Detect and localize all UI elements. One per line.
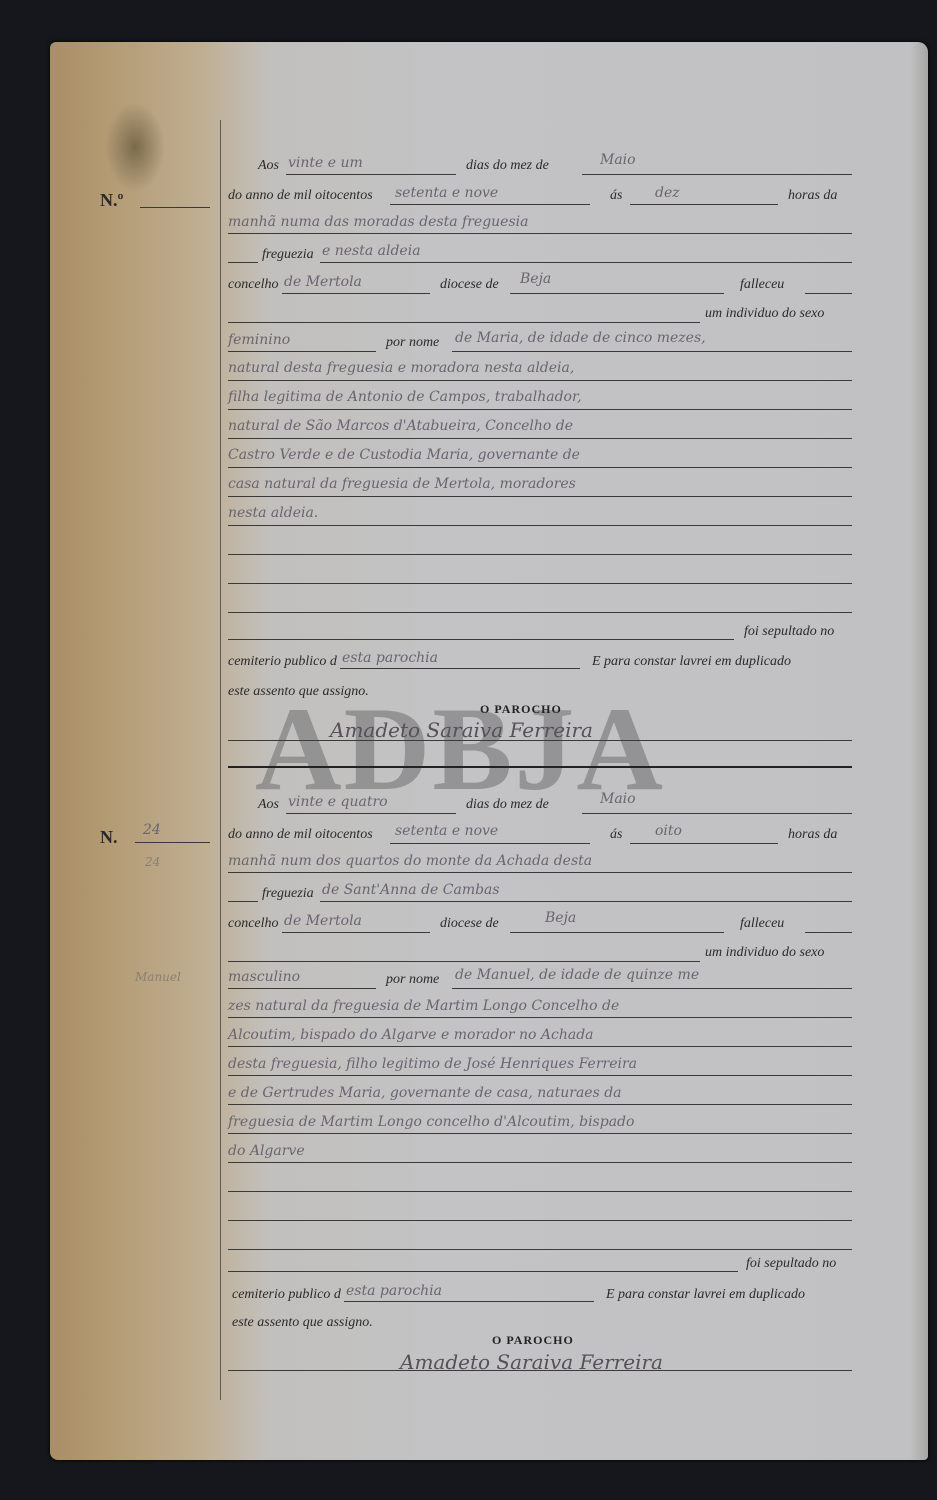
sexo-value: feminino xyxy=(228,332,290,348)
day-value: vinte e quatro xyxy=(288,794,388,810)
label: do anno de mil oitocentos xyxy=(228,188,373,204)
label: ás xyxy=(610,188,622,204)
label: por nome xyxy=(386,972,439,988)
signature: Amadeto Saraiva Ferreira xyxy=(330,718,593,742)
label: do anno de mil oitocentos xyxy=(228,827,373,843)
diocese-value: Beja xyxy=(520,271,551,287)
label: falleceu xyxy=(740,916,784,932)
place-value: manhã num dos quartos do monte da Achada… xyxy=(228,853,592,869)
label: cemiterio publico d xyxy=(232,1287,341,1303)
label: um individuo do sexo xyxy=(705,945,824,961)
body-line: desta freguesia, filho legitimo de José … xyxy=(228,1056,637,1072)
cemiterio-value: esta parochia xyxy=(346,1283,442,1299)
label: foi sepultado no xyxy=(746,1256,836,1272)
body-line: do Algarve xyxy=(228,1143,305,1159)
body-line: natural desta freguesia e moradora nesta… xyxy=(228,360,574,376)
margin-note: Manuel xyxy=(135,970,181,984)
label: horas da xyxy=(788,827,837,843)
label: Aos xyxy=(258,797,279,813)
body-line: e de Gertrudes Maria, governante de casa… xyxy=(228,1085,622,1101)
label: freguezia xyxy=(262,247,314,263)
label: freguezia xyxy=(262,886,314,902)
label: Aos xyxy=(258,158,279,174)
label: dias do mez de xyxy=(466,158,549,174)
year-value: setenta e nove xyxy=(395,823,498,839)
label: E para constar lavrei em duplicado xyxy=(606,1287,805,1303)
place-value: manhã numa das moradas desta freguesia xyxy=(228,214,528,230)
body-line: freguesia de Martim Longo concelho d'Alc… xyxy=(228,1114,634,1130)
label: falleceu xyxy=(740,277,784,293)
label: ás xyxy=(610,827,622,843)
parocho-label: O PAROCHO xyxy=(480,702,562,717)
body-line: nesta aldeia. xyxy=(228,505,318,521)
label: cemiterio publico d xyxy=(228,654,337,670)
body-line: Alcoutim, bispado do Algarve e morador n… xyxy=(228,1027,594,1043)
parocho-label: O PAROCHO xyxy=(492,1333,574,1348)
label: um individuo do sexo xyxy=(705,306,824,322)
freguezia-value: de Sant'Anna de Cambas xyxy=(322,882,500,898)
body-line: casa natural da freguesia de Mertola, mo… xyxy=(228,476,576,492)
body-line: zes natural da freguesia de Martim Longo… xyxy=(228,998,619,1014)
concelho-value: de Mertola xyxy=(284,913,362,929)
hour-value: oito xyxy=(655,823,682,839)
label: por nome xyxy=(386,335,439,351)
diocese-value: Beja xyxy=(545,910,576,926)
entry-number-label: N.º xyxy=(100,190,123,211)
margin-note: 24 xyxy=(145,855,160,869)
hour-value: dez xyxy=(655,185,680,201)
water-stain xyxy=(105,102,165,192)
year-value: setenta e nove xyxy=(395,185,498,201)
label: E para constar lavrei em duplicado xyxy=(592,654,791,670)
margin-divider xyxy=(220,120,221,1400)
label: este assento que assigno. xyxy=(228,684,369,700)
entry-number-label: N. xyxy=(100,827,118,848)
sexo-value: masculino xyxy=(228,969,300,985)
month-value: Maio xyxy=(600,152,636,168)
label: diocese de xyxy=(440,916,499,932)
body-line: de Manuel, de idade de quinze me xyxy=(455,967,699,983)
label: diocese de xyxy=(440,277,499,293)
body-line: filha legitima de Antonio de Campos, tra… xyxy=(228,389,582,405)
cemiterio-value: esta parochia xyxy=(342,650,438,666)
label: este assento que assigno. xyxy=(232,1315,373,1331)
body-line: Castro Verde e de Custodia Maria, govern… xyxy=(228,447,580,463)
label: concelho xyxy=(228,277,279,293)
entry-number-value: 24 xyxy=(143,822,161,838)
month-value: Maio xyxy=(600,791,636,807)
concelho-value: de Mertola xyxy=(284,274,362,290)
freguezia-value: e nesta aldeia xyxy=(322,243,421,259)
label: horas da xyxy=(788,188,837,204)
body-line: natural de São Marcos d'Atabueira, Conce… xyxy=(228,418,573,434)
body-line: de Maria, de idade de cinco mezes, xyxy=(455,330,706,346)
label: foi sepultado no xyxy=(744,624,834,640)
label: dias do mez de xyxy=(466,797,549,813)
day-value: vinte e um xyxy=(288,155,363,171)
label: concelho xyxy=(228,916,279,932)
